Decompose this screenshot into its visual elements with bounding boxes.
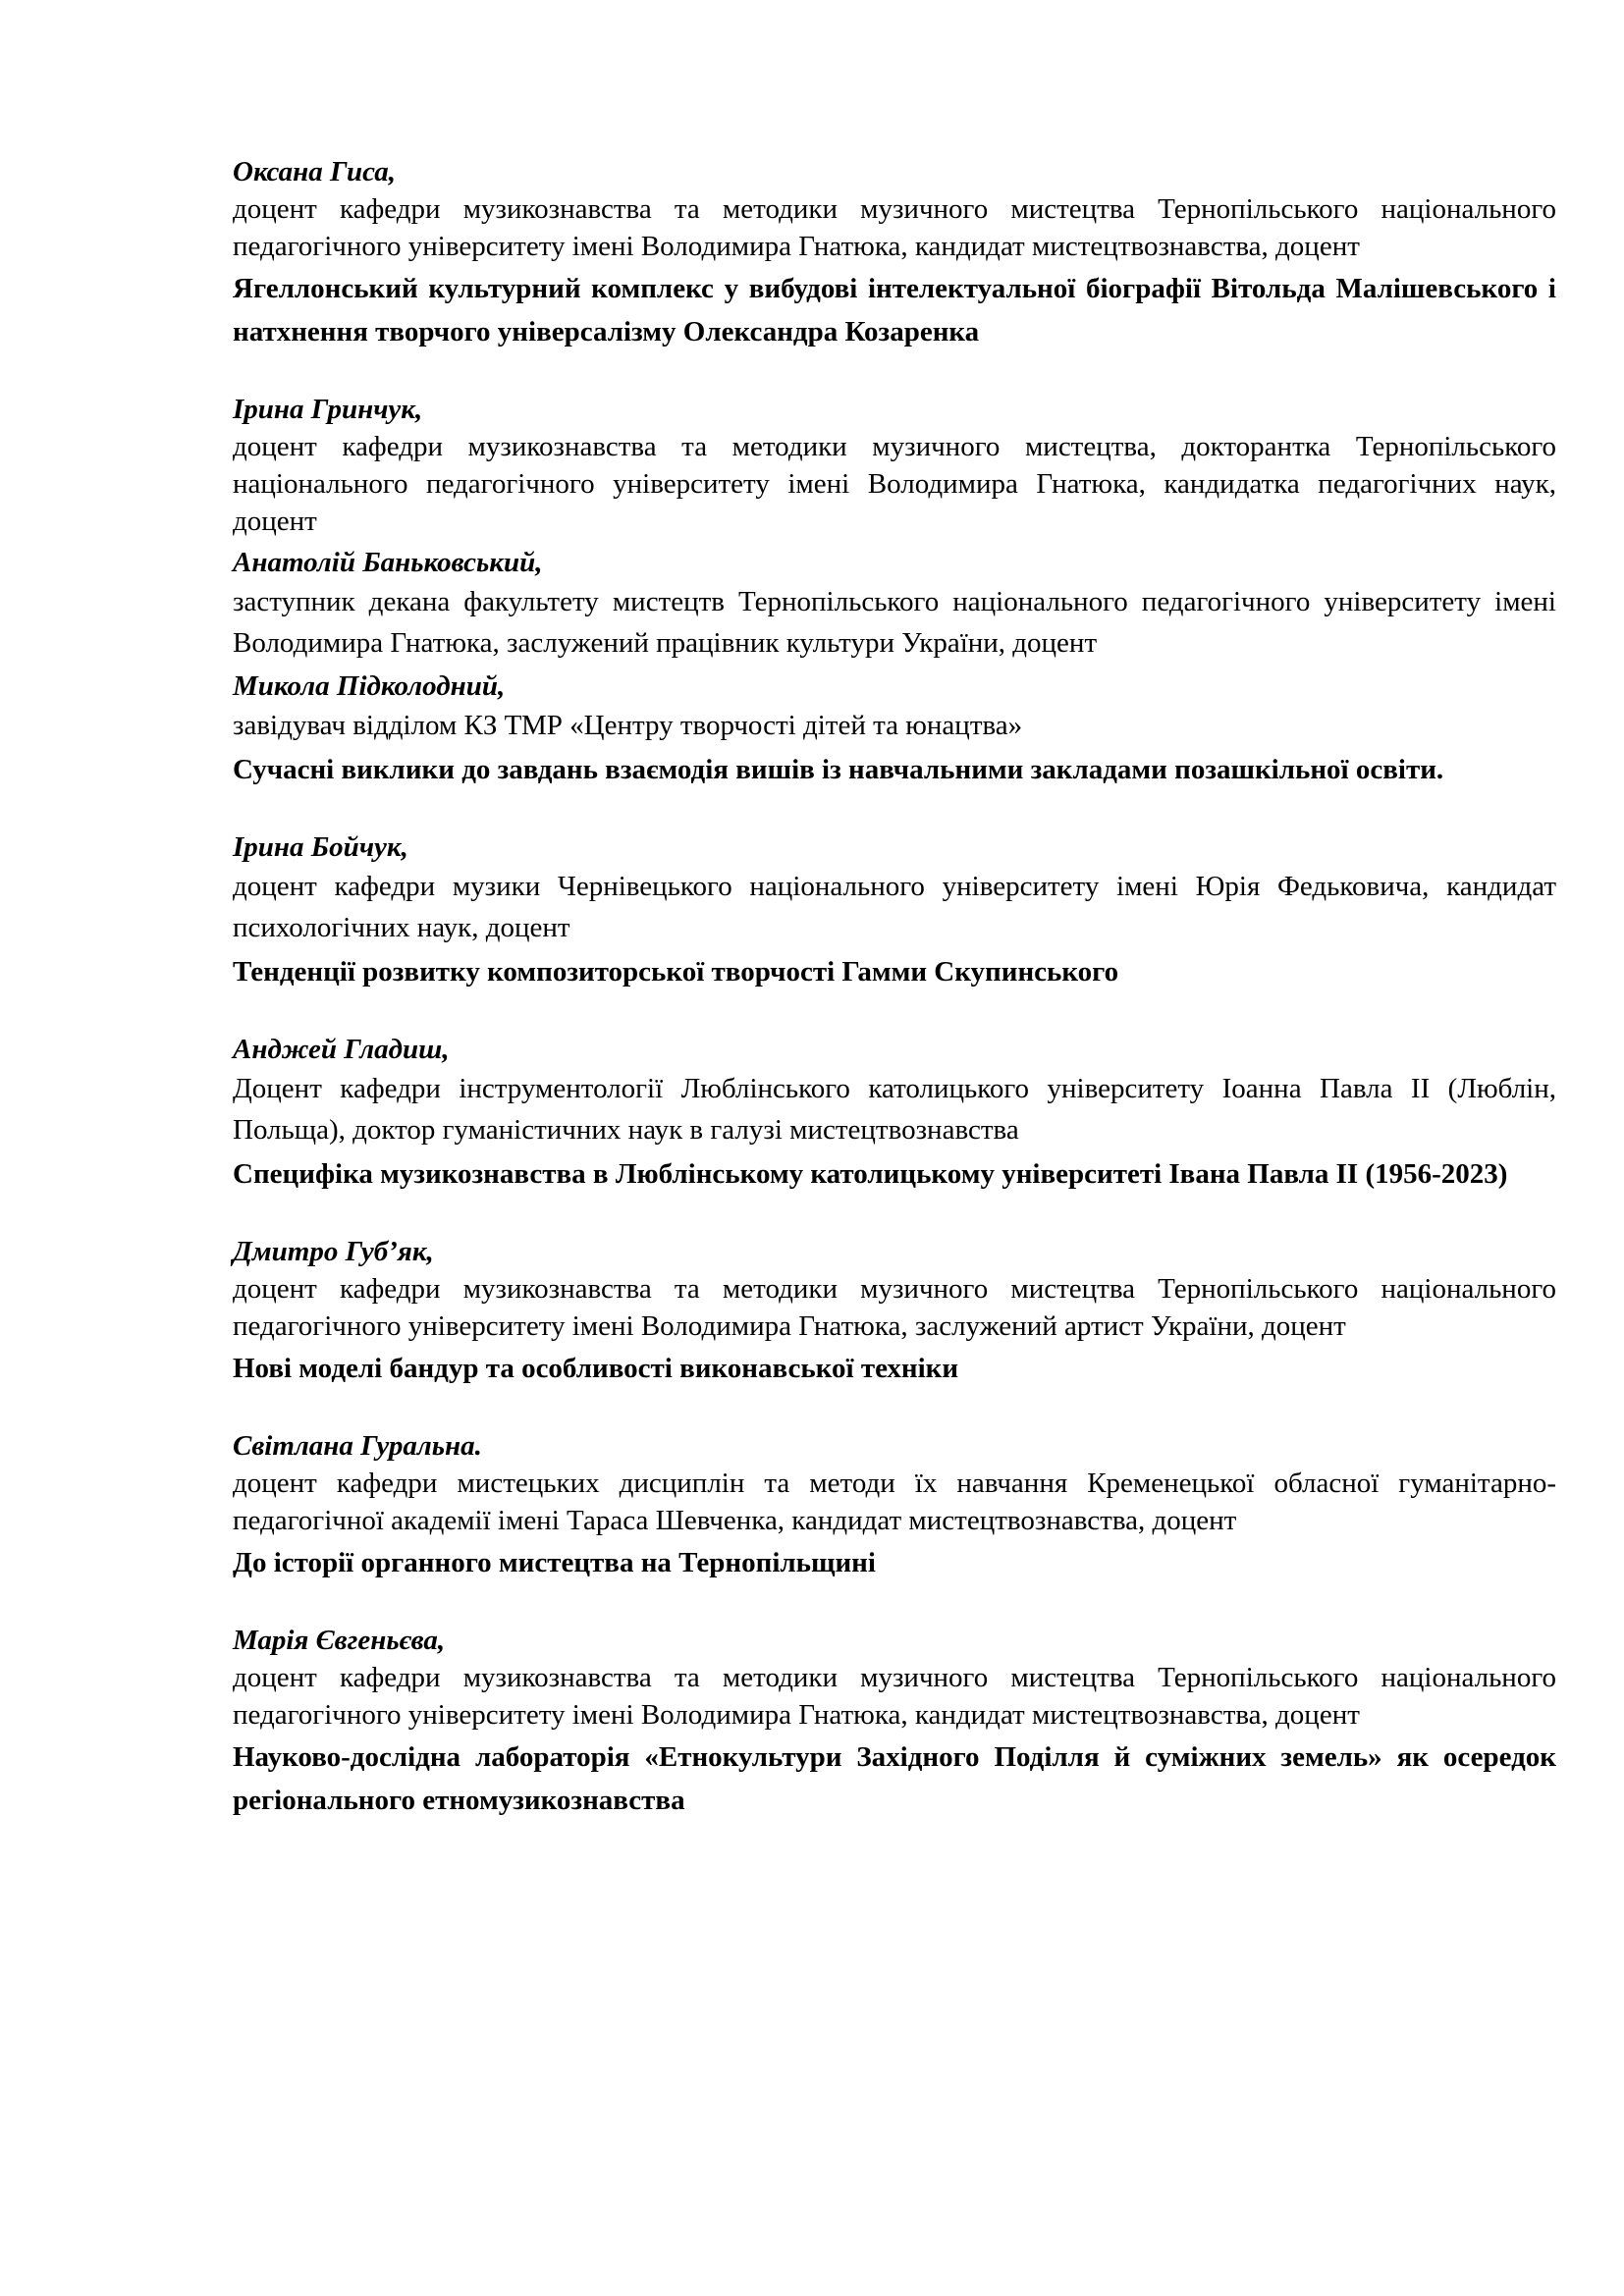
program-entry: Марія Євгеньєва, доцент кафедри музикозн… [233, 1622, 1556, 1822]
talk-title: Тенденції розвитку композиторської творч… [233, 950, 1556, 993]
program-entry: Дмитро Губ’як, доцент кафедри музикознав… [233, 1233, 1556, 1390]
speaker-name: Ірина Гринчук, [233, 391, 1556, 428]
document-page: Оксана Гиса, доцент кафедри музикознавст… [233, 153, 1556, 1822]
speaker-name: Ірина Бойчук, [233, 828, 1556, 866]
speaker-name: Світлана Гуральна. [233, 1427, 1556, 1465]
speaker-name: Анатолій Баньковський, [233, 544, 1556, 581]
talk-title: Сучасні виклики до завдань взаємодія виш… [233, 748, 1556, 791]
talk-title: Науково-дослідна лабораторія «Етнокульту… [233, 1735, 1556, 1822]
speaker-name: Анджей Гладиш, [233, 1031, 1556, 1068]
speaker-affiliation: доцент кафедри музикознавства та методик… [233, 1659, 1556, 1734]
program-entry: Світлана Гуральна. доцент кафедри мистец… [233, 1427, 1556, 1584]
speaker-affiliation: доцент кафедри музики Чернівецького наці… [233, 866, 1556, 948]
talk-title: Ягеллонський культурний комплекс у вибуд… [233, 267, 1556, 353]
speaker-affiliation: доцент кафедри мистецьких дисциплін та м… [233, 1465, 1556, 1539]
speaker-name: Оксана Гиса, [233, 153, 1556, 190]
speaker-affiliation: завідувач відділом КЗ ТМР «Центру творчо… [233, 705, 1556, 746]
program-entry: Ірина Гринчук, доцент кафедри музикознав… [233, 391, 1556, 791]
speaker-affiliation: заступник декана факультету мистецтв Тер… [233, 581, 1556, 664]
speaker-name: Марія Євгеньєва, [233, 1622, 1556, 1659]
program-entry: Оксана Гиса, доцент кафедри музикознавст… [233, 153, 1556, 353]
speaker-affiliation: Доцент кафедри інструментології Люблінсь… [233, 1068, 1556, 1150]
talk-title: Нові моделі бандур та особливості викона… [233, 1347, 1556, 1390]
program-entry: Ірина Бойчук, доцент кафедри музики Черн… [233, 828, 1556, 993]
program-entry: Анджей Гладиш, Доцент кафедри інструмент… [233, 1031, 1556, 1196]
speaker-name: Дмитро Губ’як, [233, 1233, 1556, 1270]
talk-title: Специфіка музикознавства в Люблінському … [233, 1152, 1556, 1196]
speaker-affiliation: доцент кафедри музикознавства та методик… [233, 1270, 1556, 1345]
speaker-affiliation: доцент кафедри музикознавства та методик… [233, 190, 1556, 265]
speaker-affiliation: доцент кафедри музикознавства та методик… [233, 428, 1556, 540]
speaker-name: Микола Підколодний, [233, 667, 1556, 705]
talk-title: До історії органного мистецтва на Терноп… [233, 1541, 1556, 1584]
